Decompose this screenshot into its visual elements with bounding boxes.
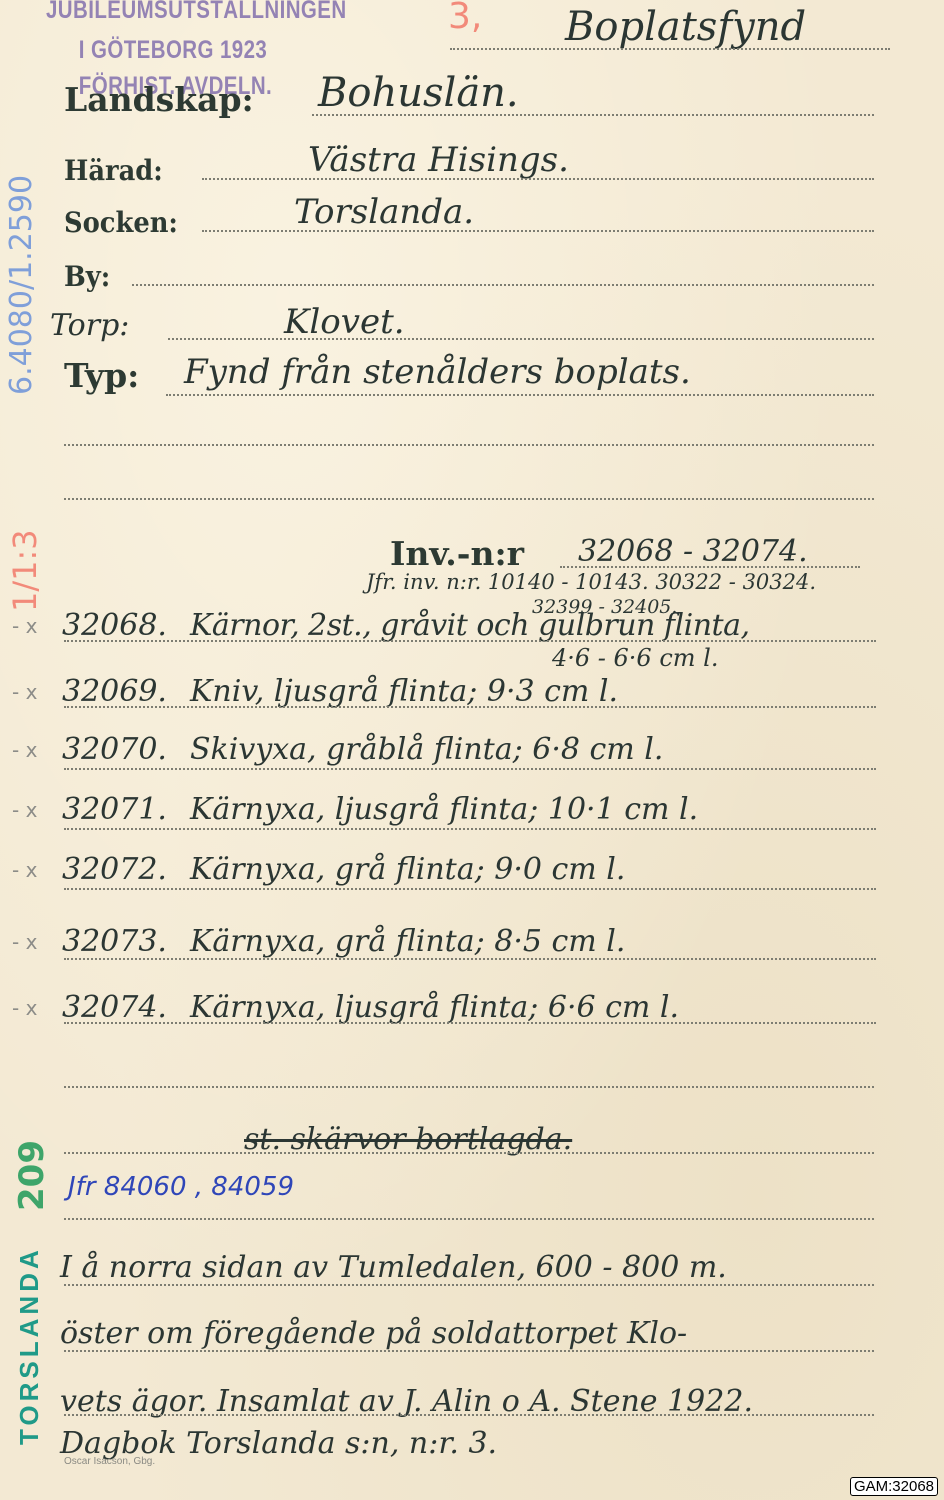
site-number: 209 xyxy=(12,1140,52,1240)
blank-line-4 xyxy=(64,1152,874,1154)
item-line xyxy=(64,1022,876,1024)
item-number: 32074. xyxy=(62,990,167,1025)
landskap-line xyxy=(312,114,874,116)
typ-line xyxy=(166,394,874,396)
torp-value: Klovet. xyxy=(284,302,405,342)
item-description: Kärnyxa, grå flinta; 9·0 cm l. xyxy=(190,852,625,887)
harad-value: Västra Hisings. xyxy=(308,140,569,180)
socken-line xyxy=(202,230,874,232)
parish-stamp: TORSLANDA xyxy=(14,1246,45,1486)
check-mark: - x xyxy=(12,996,37,1020)
item-number: 32068. xyxy=(62,608,167,643)
blank-line-3 xyxy=(64,1086,874,1088)
item-description: Skivyxa, gråblå flinta; 6·8 cm l. xyxy=(190,732,663,767)
cross-reference: Jfr. inv. n:r. 10140 - 10143. 30322 - 30… xyxy=(366,570,816,594)
item-number: 32073. xyxy=(62,924,167,959)
check-mark: - x xyxy=(12,738,37,762)
category-line xyxy=(450,48,890,50)
typ-label: Typ: xyxy=(64,356,139,395)
socken-value: Torslanda. xyxy=(294,192,474,232)
item-number: 32072. xyxy=(62,852,167,887)
check-mark: - x xyxy=(12,798,37,822)
printer-mark: Oscar Isacson, Gbg. xyxy=(64,1456,155,1467)
item-description: Kärnyxa, ljusgrå flinta; 6·6 cm l. xyxy=(190,990,679,1025)
description-rule-1 xyxy=(64,1284,874,1286)
card-number: 3, xyxy=(448,0,482,37)
stamp-line-2: I GÖTEBORG 1923 xyxy=(46,30,347,70)
harad-line xyxy=(202,178,874,180)
item-description: Kniv, ljusgrå flinta; 9·3 cm l. xyxy=(190,674,618,709)
blank-line-1 xyxy=(64,444,874,446)
stamp-line-1: JUBILEUMSUTSTÄLLNINGEN xyxy=(46,0,347,30)
socken-label: Socken: xyxy=(64,206,178,239)
description-line-2: öster om föregående på soldattorpet Klo- xyxy=(60,1316,687,1351)
inventory-line xyxy=(560,566,860,568)
landskap-label: Landskap: xyxy=(64,80,254,119)
item-number: 32069. xyxy=(62,674,167,709)
description-rule-3 xyxy=(64,1414,874,1416)
harad-label: Härad: xyxy=(64,154,163,187)
item-description: Kärnyxa, ljusgrå flinta; 10·1 cm l. xyxy=(190,792,698,827)
typ-value: Fynd från stenålders boplats. xyxy=(184,352,691,392)
item-description: Kärnyxa, grå flinta; 8·5 cm l. xyxy=(190,924,625,959)
check-mark: - x xyxy=(12,858,37,882)
check-mark: - x xyxy=(12,614,37,638)
blank-line-2 xyxy=(64,498,874,500)
category-value: Boplatsfynd xyxy=(565,4,806,50)
item-number: 32070. xyxy=(62,732,167,767)
cross-reference-blue: Jfr 84060 , 84059 xyxy=(68,1172,294,1202)
scale-note: 1/1:3 xyxy=(6,512,44,612)
item-line xyxy=(64,640,876,642)
item-line xyxy=(64,958,876,960)
check-mark: - x xyxy=(12,930,37,954)
item-line xyxy=(64,888,876,890)
description-rule-2 xyxy=(64,1350,874,1352)
item-description: Kärnor, 2st., gråvit och gulbrun flinta, xyxy=(190,608,750,643)
description-line-1: I å norra sidan av Tumledalen, 600 - 800… xyxy=(60,1250,727,1285)
item-line xyxy=(64,768,876,770)
item-extra: 4·6 - 6·6 cm l. xyxy=(552,644,718,672)
by-line xyxy=(132,284,874,286)
landskap-value: Bohuslän. xyxy=(318,70,519,116)
inventory-range: 32068 - 32074. xyxy=(578,534,808,569)
check-mark: - x xyxy=(12,680,37,704)
inventory-label: Inv.-n:r xyxy=(390,534,524,573)
coordinates-note: 6.4080/1.2590 xyxy=(4,120,39,450)
torp-label: Torp: xyxy=(50,308,129,343)
item-line xyxy=(64,706,876,708)
item-line xyxy=(64,828,876,830)
by-label: By: xyxy=(64,260,110,293)
item-number: 32071. xyxy=(62,792,167,827)
catalog-id-badge: GAM:32068 xyxy=(850,1477,938,1496)
blank-line-5 xyxy=(64,1218,874,1220)
torp-line xyxy=(168,338,874,340)
